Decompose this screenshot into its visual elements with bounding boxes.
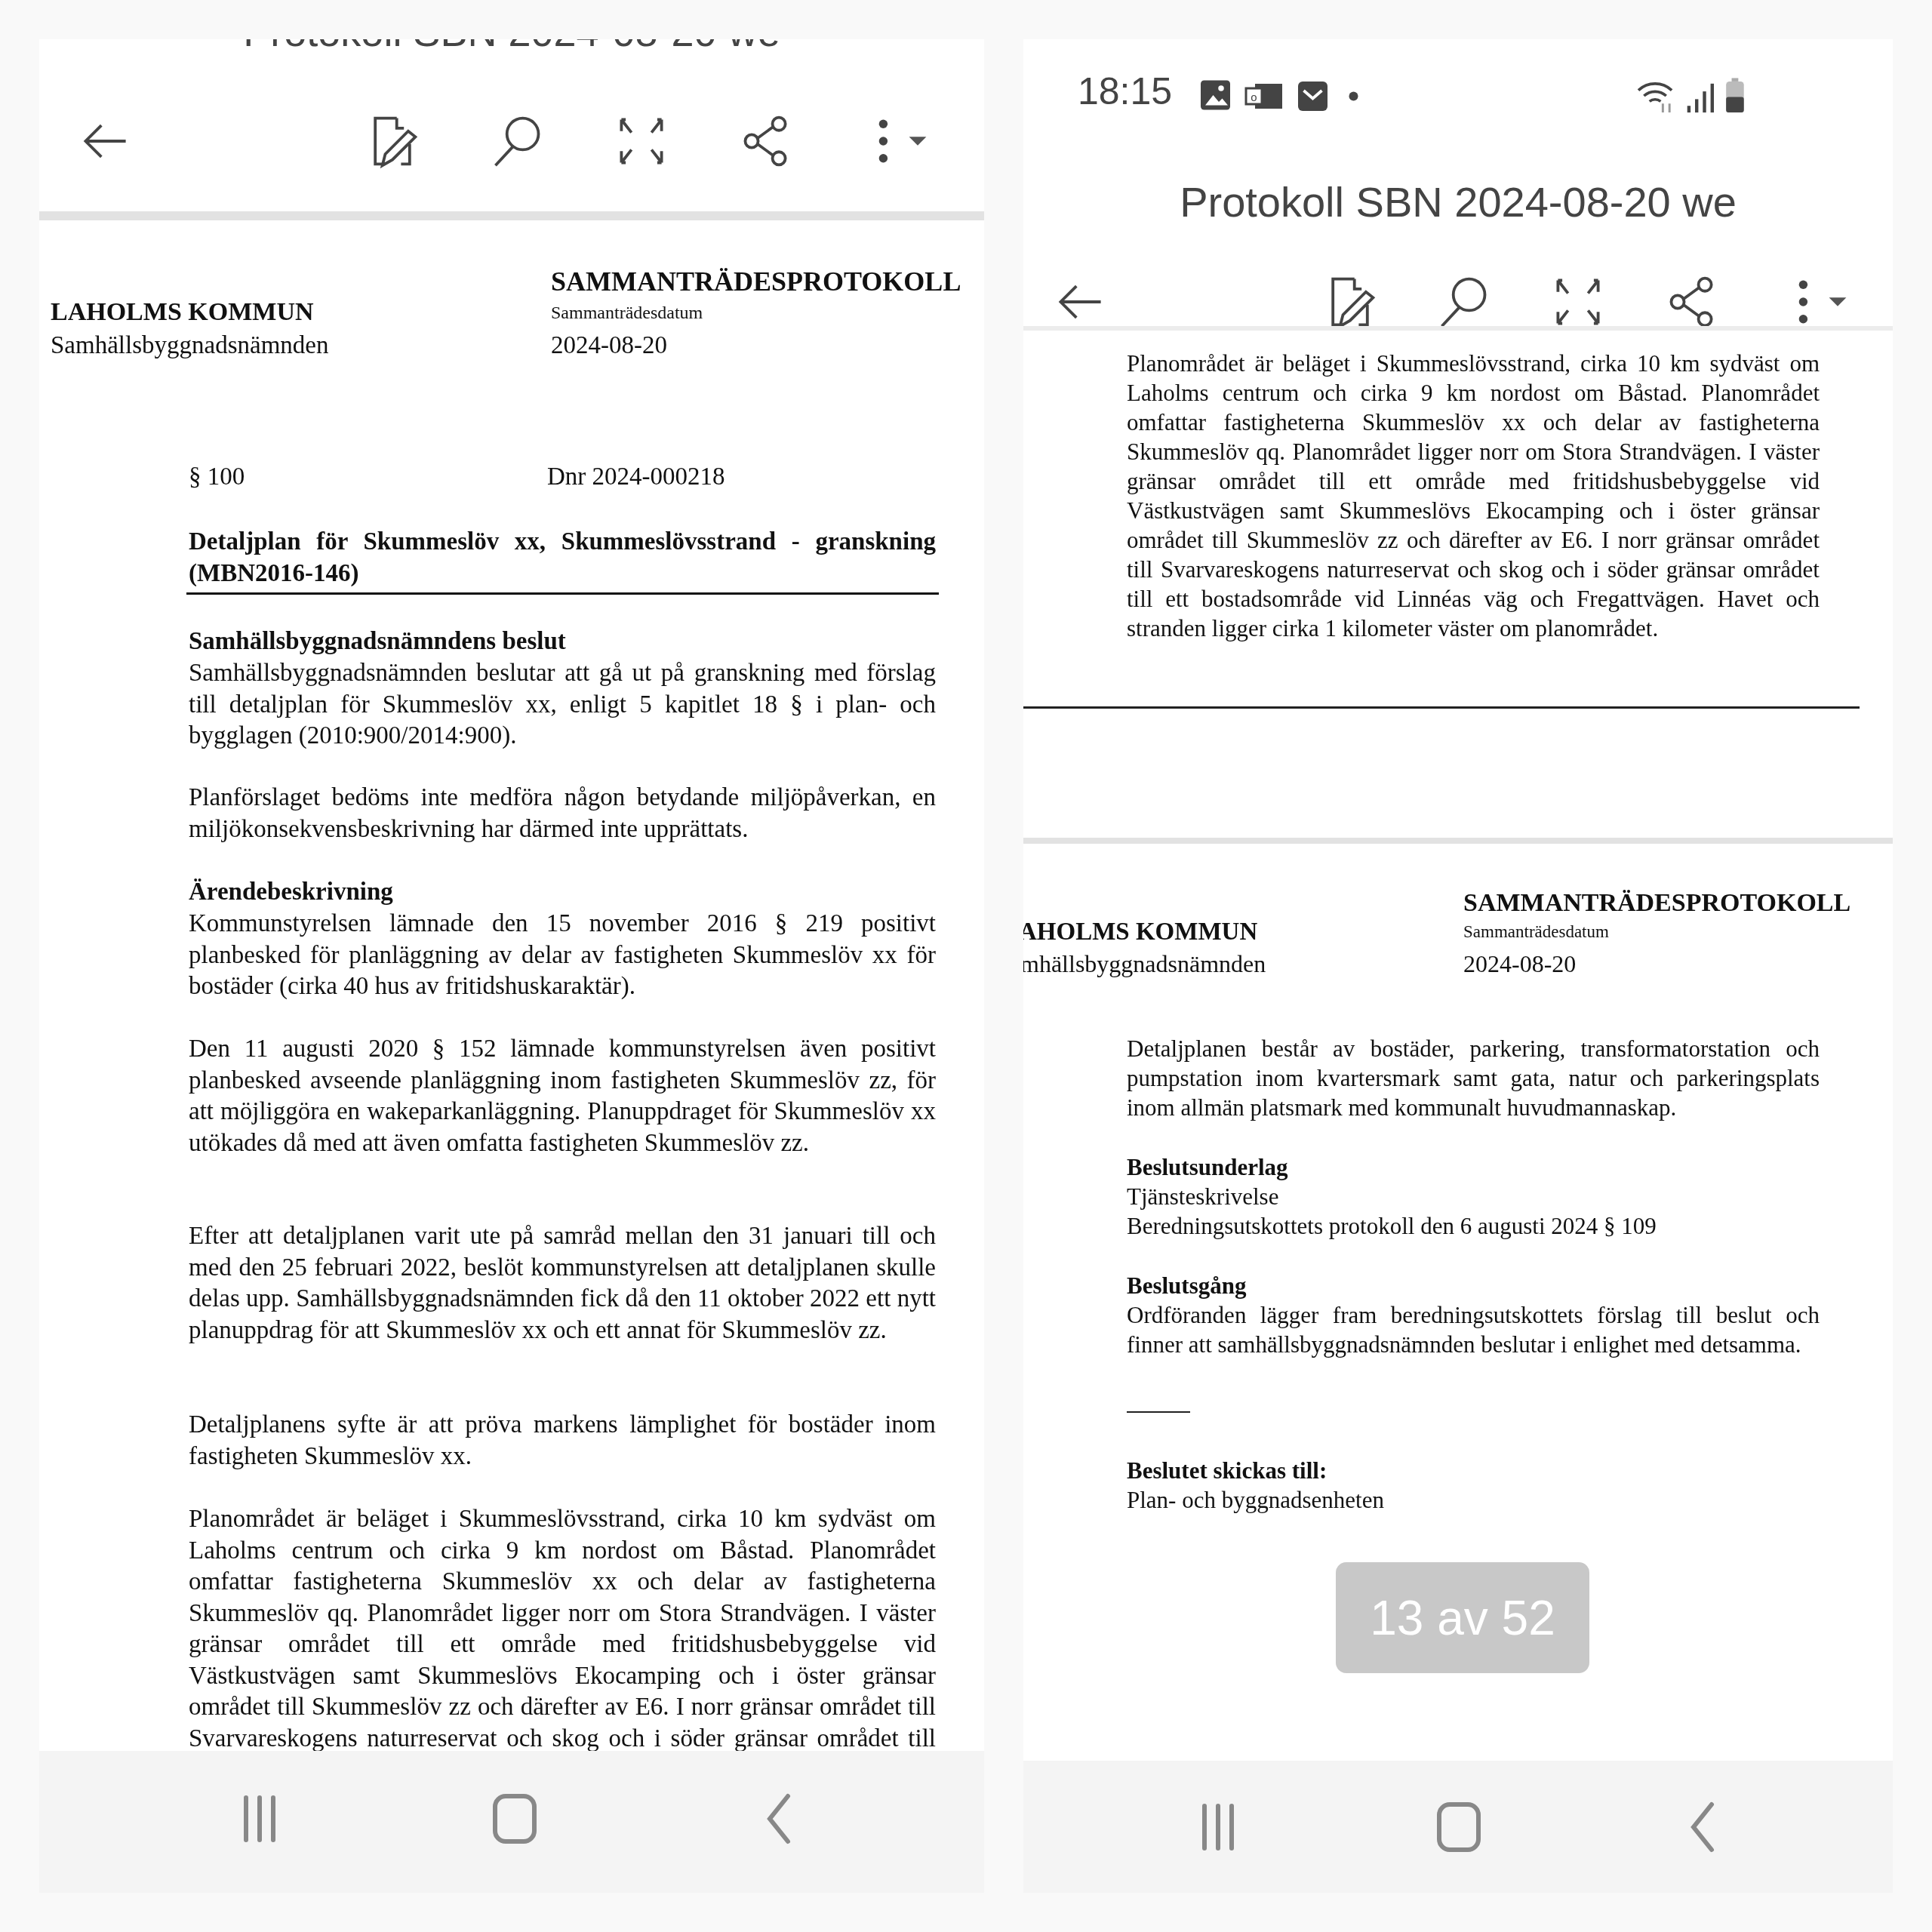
doc-type: SAMMANTRÄDESPROTOKOLL <box>551 266 961 297</box>
left-screenshot: Protokoll SBN 2024-08-20 we SAMMANTRÄDES… <box>39 39 984 1893</box>
procedure-text: Ordföranden lägger fram beredningsutskot… <box>1127 1300 1820 1359</box>
back-button[interactable] <box>1052 273 1109 331</box>
case-paragraph-3: Efter att detaljplanen varit ute på samr… <box>189 1221 936 1346</box>
basis-item: Tjänsteskrivelse <box>1127 1182 1820 1211</box>
home-icon <box>485 1789 545 1849</box>
edit-button[interactable] <box>364 112 421 170</box>
dept-name: mhällsbyggnadsnämnden <box>1023 950 1266 978</box>
fullscreen-button[interactable] <box>1549 273 1607 331</box>
home-icon <box>1429 1797 1489 1857</box>
page-indicator: 13 av 52 <box>1336 1562 1589 1673</box>
notification-icons: o <box>1198 77 1402 113</box>
case-paragraph-5-full: Planområdet är beläget i Skummeslövsstra… <box>1127 349 1820 643</box>
case-paragraph-2: Den 11 augusti 2020 § 152 lämnade kommun… <box>189 1034 936 1159</box>
environment-text: Planförslaget bedöms inte medföra någon … <box>189 783 936 845</box>
case-paragraph-4: Detaljplanens syfte är att pröva markens… <box>189 1410 936 1472</box>
more-options-button[interactable] <box>866 112 941 170</box>
share-icon <box>1663 273 1721 331</box>
back-chevron-icon <box>749 1789 809 1849</box>
plan-contents-text: Detaljplanen består av bostäder, parkeri… <box>1127 1034 1820 1122</box>
svg-text:o: o <box>1251 91 1257 104</box>
case-paragraph-5: Planområdet är beläget i Skummeslövsstra… <box>189 1504 936 1786</box>
meeting-date: 2024-08-20 <box>551 332 667 360</box>
search-button[interactable] <box>488 112 546 170</box>
edit-document-icon <box>364 112 421 170</box>
signal-icon <box>1687 84 1714 112</box>
dnr: Dnr 2024-000218 <box>547 463 725 491</box>
org-name: LAHOLMS KOMMUN <box>51 298 313 327</box>
sent-to-item: Plan- och byggnadsenheten <box>1127 1485 1820 1515</box>
title-rule <box>186 592 939 595</box>
right-screenshot: 18:15 o Protokoll SBN 2024-08-20 we <box>1023 39 1893 1893</box>
case-description-heading: Ärendebeskrivning <box>189 877 936 909</box>
back-chevron-icon <box>1672 1797 1733 1857</box>
arrow-left-icon <box>77 112 134 170</box>
outlook-icon: o <box>1246 84 1282 109</box>
more-vertical-icon <box>866 112 941 170</box>
home-button[interactable] <box>485 1789 545 1849</box>
toolbar-separator <box>39 211 984 220</box>
system-navigation-bar <box>39 1751 984 1893</box>
nav-back-button[interactable] <box>1672 1797 1733 1857</box>
recents-icon <box>1188 1797 1248 1857</box>
edit-button[interactable] <box>1321 273 1379 331</box>
doc-type: SAMMANTRÄDESPROTOKOLL <box>1463 889 1850 918</box>
search-button[interactable] <box>1435 273 1492 331</box>
search-icon <box>1435 273 1492 331</box>
nav-back-button[interactable] <box>749 1789 809 1849</box>
fullscreen-icon <box>613 112 670 170</box>
toolbar-separator <box>1023 326 1893 331</box>
battery-icon <box>1726 78 1744 112</box>
paragraph-number: § 100 <box>189 463 245 491</box>
back-button[interactable] <box>77 112 134 170</box>
dept-name: Samhällsbyggnadsnämnden <box>51 332 328 360</box>
search-icon <box>488 112 546 170</box>
short-rule <box>1127 1411 1190 1413</box>
gallery-icon <box>1201 81 1230 110</box>
recents-icon <box>229 1789 290 1849</box>
case-title: Detaljplan för Skummeslöv xx, Skummeslöv… <box>189 526 936 589</box>
sent-to-heading: Beslutet skickas till: <box>1127 1456 1820 1485</box>
decision-text: Samhällsbyggnadsnämnden beslutar att gå … <box>189 658 936 752</box>
document-title: Protokoll SBN 2024-08-20 we <box>1023 177 1893 226</box>
basis-item: Beredningsutskottets protokoll den 6 aug… <box>1127 1211 1820 1241</box>
wifi-icon <box>1638 84 1672 101</box>
decision-heading: Samhällsbyggnadsnämndens beslut <box>189 626 936 658</box>
arrow-left-icon <box>1052 273 1109 331</box>
recents-button[interactable] <box>229 1789 290 1849</box>
status-time: 18:15 <box>1078 69 1172 113</box>
recents-button[interactable] <box>1188 1797 1248 1857</box>
procedure-heading: Beslutsgång <box>1127 1271 1820 1300</box>
system-icons <box>1635 77 1793 115</box>
fullscreen-button[interactable] <box>613 112 670 170</box>
basis-heading: Beslutsunderlag <box>1127 1152 1820 1182</box>
dot-icon <box>1349 92 1358 101</box>
mail-icon <box>1298 82 1327 111</box>
meeting-date: 2024-08-20 <box>1463 950 1576 978</box>
home-button[interactable] <box>1429 1797 1489 1857</box>
edit-document-icon <box>1321 273 1379 331</box>
date-label: Sammanträdesdatum <box>551 303 703 324</box>
system-navigation-bar <box>1023 1761 1893 1893</box>
more-options-button[interactable] <box>1786 273 1861 331</box>
page-bottom-rule <box>1023 706 1860 709</box>
document-title-cropped: Protokoll SBN 2024-08-20 we <box>39 39 984 56</box>
fullscreen-icon <box>1549 273 1607 331</box>
share-icon <box>737 112 795 170</box>
page-gap <box>1023 838 1893 844</box>
date-label: Sammanträdesdatum <box>1463 922 1609 942</box>
case-paragraph-1: Kommunstyrelsen lämnade den 15 november … <box>189 909 936 1003</box>
org-name: AHOLMS KOMMUN <box>1023 918 1257 946</box>
share-button[interactable] <box>737 112 795 170</box>
share-button[interactable] <box>1663 273 1721 331</box>
more-vertical-icon <box>1786 273 1861 331</box>
